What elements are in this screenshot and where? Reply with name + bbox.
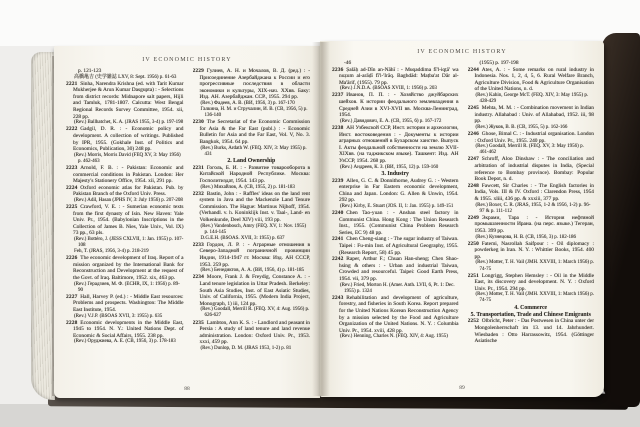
- bib-entry: 2228 Economic developments in the Middle…: [66, 320, 184, 340]
- bib-entry: 2243 Rehabilitation and development of a…: [332, 295, 459, 335]
- review-line: (Rev.) Burks, Ardath W. (FEQ. XIV, 3: Ma…: [193, 146, 311, 158]
- bib-entry: 2221 Sinha, Narendra Krishna (ed. with T…: [66, 81, 184, 121]
- bib-entry: 2237 Иванов, П. П. : - Хозяйство джуйбар…: [332, 92, 459, 118]
- bib-entry: 2245 Mehta, M. M. : - Combination moveme…: [468, 105, 595, 125]
- bib-entry: 2248 Fawcett, Sir Charles : - The Englis…: [468, 183, 595, 203]
- bib-entry: 2230 The Secretariat of the Economic Com…: [193, 119, 311, 145]
- right-page-body: -462236 Ṣalāḥ ad-Dīn an-Nāhī : - Muqaddi…: [320, 55, 604, 382]
- bib-entry: 2238 АН Узбекской ССР, Инст. истории и а…: [332, 125, 459, 165]
- continuation-line: -46: [332, 60, 459, 67]
- review-line: (Rev.) Кузнецова, Н. В. (СВ, 1956, 3) p.…: [468, 235, 595, 241]
- right-page: IV ECONOMIC HISTORY -462236 Ṣalāḥ ad-Dīn…: [320, 41, 604, 397]
- bib-entry: 2224 Oxford economic atlas for Pakistan.…: [66, 185, 184, 198]
- bib-entry: 2222 Gadgil, D. R. : - Economic policy a…: [66, 126, 184, 152]
- review-line: (Rev.) Morris, Morris David (FEQ XV, 3: …: [66, 153, 184, 165]
- review-line: (Rev.) Михайлов, А. (СВ, 1955, 2) p. 181…: [193, 185, 311, 191]
- bib-entry: 2229 Гулиев, А. Н. и Мочалов, В. Д. (ред…: [193, 68, 311, 101]
- bib-entry: 2242 Raper, Arthur F.; Chuan Han-sheng; …: [332, 256, 459, 282]
- text-column: -462236 Ṣalāḥ ad-Dīn an-Nāhī : - Muqaddi…: [332, 60, 459, 382]
- background-top: [0, 0, 640, 46]
- review-line: Галкина, Н. М. и Стручалин, И. В. (СВ, 1…: [193, 107, 311, 119]
- section-heading: 2. Land Ownership: [193, 158, 311, 165]
- review-line: (Rev.) Boxer, C. R. (JRAS, 1955, 1-2 & 1…: [468, 203, 595, 215]
- bib-entry: 2223 Arnold, F. B. : - Pakistan: Economi…: [66, 165, 184, 185]
- bib-entry: 2252 Olbricht, Peter : - Das Postwesen i…: [468, 318, 595, 344]
- review-line: (Rev.) Goodall, Merrill R. (FEQ. XV, 3: …: [468, 144, 595, 156]
- review-line: (Rev.) Goodall, Merrill R. (FEQ. XV, 4: …: [193, 307, 311, 319]
- bib-entry: 2247 Schroff, Aloo Dinshaw : - The conci…: [468, 156, 595, 182]
- bib-entry: 2232 Bastin, John : - Raffles' ideas on …: [193, 191, 311, 224]
- text-column: 2229 Гулиев, А. Н. и Мочалов, В. Д. (ред…: [193, 68, 311, 383]
- continuation-line: (1955) p. 197-198: [468, 60, 595, 67]
- book-cover-edge: [602, 33, 640, 407]
- bib-entry: 2250 Fatemi, Nasrollah Saifpour : - Oil …: [468, 241, 595, 261]
- review-line: (Rev.) Dunlop, D. M. (JRAS 1953, 1-2) p.…: [193, 346, 311, 352]
- bib-entry: 2234 Moore, Frank J. & Freydig, Constanc…: [193, 274, 311, 307]
- bib-entry: 2231 Гоголь, Б. И. : - Развитие товарооб…: [193, 165, 311, 185]
- bib-entry: 2240 Chen Tao-yuan : - Anshan steel fact…: [332, 210, 459, 236]
- bib-entry: 2233 Гордон, Л. Р. : - Аграрные отношени…: [193, 242, 311, 268]
- bib-entry: 2236 Ṣalāḥ ad-Dīn an-Nāhī : - Muqaddima …: [332, 67, 459, 87]
- left-page-body: p. 121-123高橋亀吉 (史学雑誌 LXV, 8: Sept. 1956)…: [54, 63, 320, 383]
- review-line: (Rev.) Fried, Morton H. (Amer. Anth. LVI…: [332, 283, 459, 295]
- review-line: (Rev.) Kahin, George McT. (FEQ. XIV, 3: …: [468, 93, 595, 105]
- review-line: (Rev.) Vandenbosch, Amry (FEQ. XV, 1: No…: [193, 224, 311, 236]
- book-photo: IV ECONOMIC HISTORY p. 121-123高橋亀吉 (史学雑誌…: [0, 0, 640, 427]
- text-column: (1955) p. 197-1982244 Ates, A. : - Some …: [468, 60, 595, 382]
- bib-entry: 2249 Экрами, Тара : - История нефтяной п…: [468, 215, 595, 235]
- gutter-shadow: [312, 42, 330, 396]
- left-page-number: 88: [54, 383, 320, 398]
- review-line: (Rev.) Motter, T. H. Vail (JMH. XXVIII, …: [468, 260, 595, 272]
- bib-entry: 2241 Chen Cheng-siang : - The sugar indu…: [332, 236, 459, 256]
- review-line: (Rev.) Герадзиев, М. Ф. (ECHR, IX, 1: 19…: [66, 282, 184, 294]
- continuation-line: p. 121-123: [66, 68, 184, 75]
- bib-entry: 2235 Lambton, Ann K. S. : - Landlord and…: [193, 320, 311, 346]
- right-page-number: 89: [320, 382, 604, 397]
- review-line: 高橋亀吉 (史学雑誌 LXV, 8: Sept. 1956) p. 61-63: [66, 75, 184, 81]
- bib-entry: 2225 Crawford, V. E. : - Sumerian econom…: [66, 204, 184, 237]
- bib-entry: 2244 Ates, A. : - Some remarks on rural …: [468, 67, 595, 93]
- bib-entry: 2227 Hall, Harvey P. (ed.) : - Middle Ea…: [66, 294, 184, 314]
- bib-entry: 2246 Ghose, Bimal C. : - Industrial orga…: [468, 131, 595, 144]
- review-line: (Rev.) Motter, T. H. Vail (JMH. XXVIII, …: [468, 292, 595, 304]
- bib-entry: 2251 Longrigg, Stephen Hemsley : - Oil i…: [468, 273, 595, 293]
- section-heading: 4. Commerce: [468, 305, 595, 312]
- section-heading: 3. Industry: [332, 171, 459, 178]
- bib-entry: 2226 The economic development of Iraq. R…: [66, 255, 184, 281]
- review-line: (Rev.) Henning, Charles N. (FEQ. XIV, 4:…: [332, 334, 459, 340]
- text-column: p. 121-123高橋亀吉 (史学雑誌 LXV, 8: Sept. 1956)…: [66, 68, 184, 383]
- review-line: (Rev.) Оруджиева, А. Е. (СВ, 1956, 3) p.…: [66, 339, 184, 345]
- review-line: (Rev.) Bottéro, J. (JESS CXLVII, 1: Jan.…: [66, 237, 184, 249]
- left-page: IV ECONOMIC HISTORY p. 121-123高橋亀吉 (史学雑誌…: [54, 46, 320, 398]
- bib-entry: 2239 Allen, G. C. & Donnithorne, Audrey …: [332, 178, 459, 204]
